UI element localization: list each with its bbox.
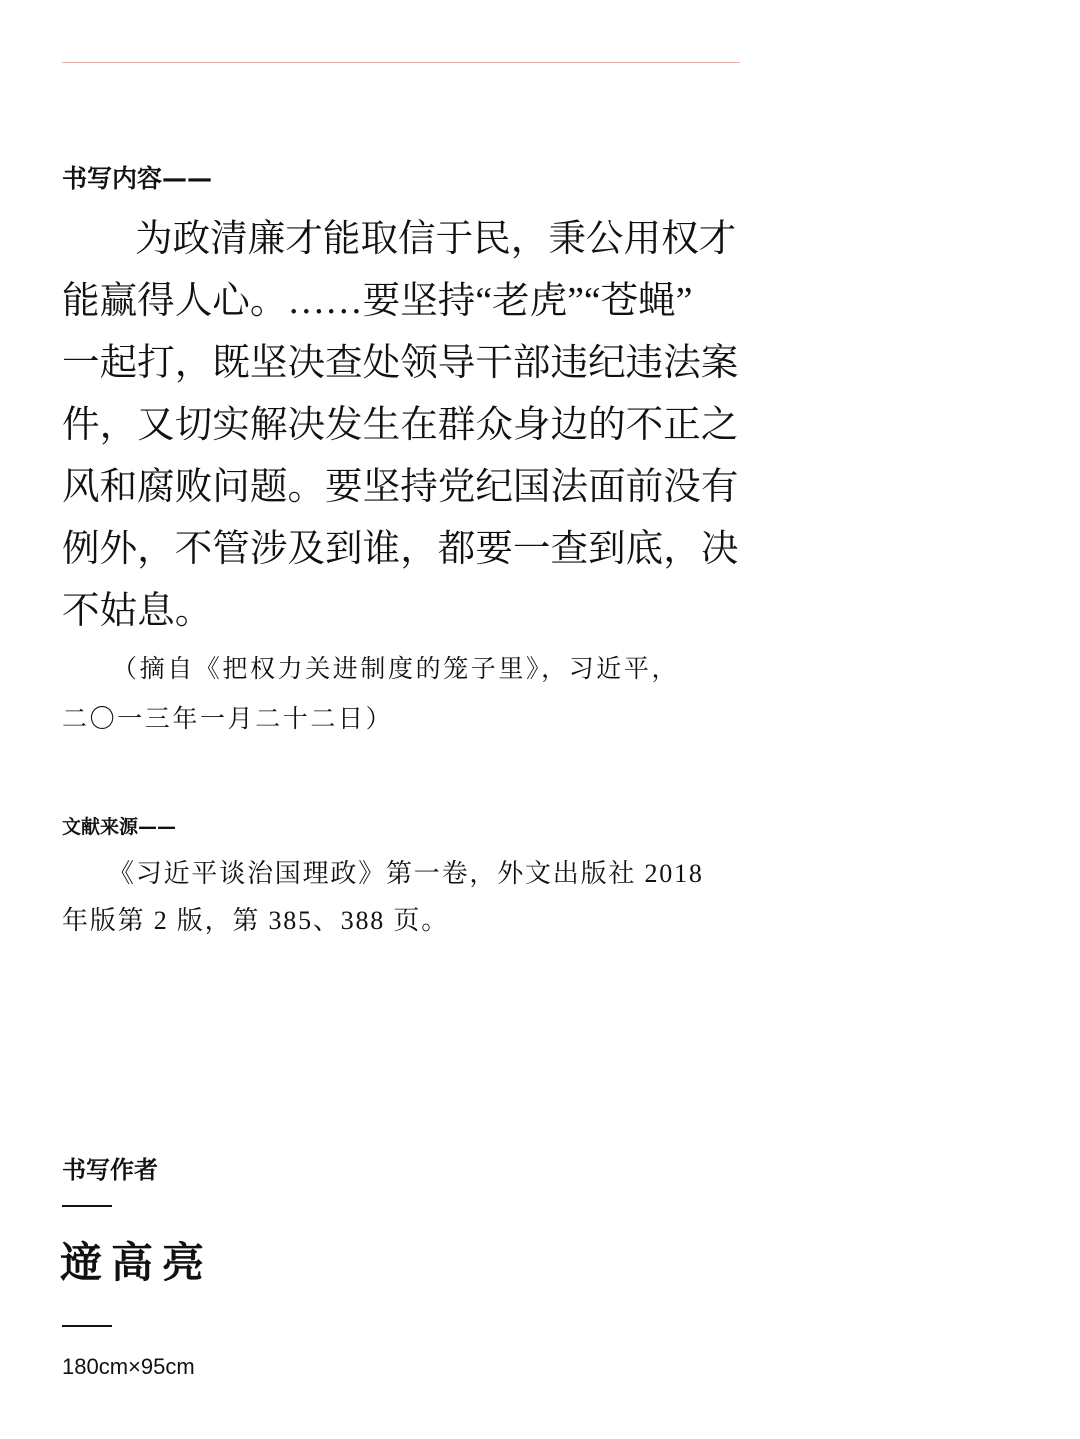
top-divider-rule xyxy=(62,62,740,63)
content-line: 能赢得人心。……要坚持“老虎”“苍蝇” xyxy=(62,271,752,333)
content-line: 例外，不管涉及到谁，都要一查到底，决 xyxy=(62,519,752,581)
content-line: 件，又切实解决发生在群众身边的不正之 xyxy=(62,395,752,457)
content-line: 不姑息。 xyxy=(62,581,752,643)
author-section-heading: 书写作者 xyxy=(62,1153,158,1187)
source-section-heading: 文献来源—— xyxy=(62,813,176,841)
content-line: 一起打，既坚决查处领导干部违纪违法案 xyxy=(62,333,752,395)
source-line: 年版第 2 版，第 385、388 页。 xyxy=(62,897,752,944)
content-line: 风和腐败问题。要坚持党纪国法面前没有 xyxy=(62,457,752,519)
content-line: 为政清廉才能取信于民，秉公用权才 xyxy=(62,209,752,271)
content-citation: （摘自《把权力关进制度的笼子里》，习近平， 二〇一三年一月二十二日） xyxy=(62,645,752,745)
artwork-dimensions: 180cm×95cm xyxy=(62,1352,195,1382)
author-name: 遆高亮 xyxy=(60,1236,213,1292)
author-dash-divider xyxy=(62,1205,112,1207)
source-reference: 《习近平谈治国理政》第一卷，外文出版社 2018 年版第 2 版，第 385、3… xyxy=(62,850,752,944)
source-line: 《习近平谈治国理政》第一卷，外文出版社 2018 xyxy=(62,850,752,897)
citation-line: 二〇一三年一月二十二日） xyxy=(62,695,752,745)
citation-line: （摘自《把权力关进制度的笼子里》，习近平， xyxy=(62,645,752,695)
content-section-heading: 书写内容—— xyxy=(62,162,212,196)
dimensions-dash-divider xyxy=(62,1325,112,1327)
content-body: 为政清廉才能取信于民，秉公用权才 能赢得人心。……要坚持“老虎”“苍蝇” 一起打… xyxy=(62,209,752,643)
